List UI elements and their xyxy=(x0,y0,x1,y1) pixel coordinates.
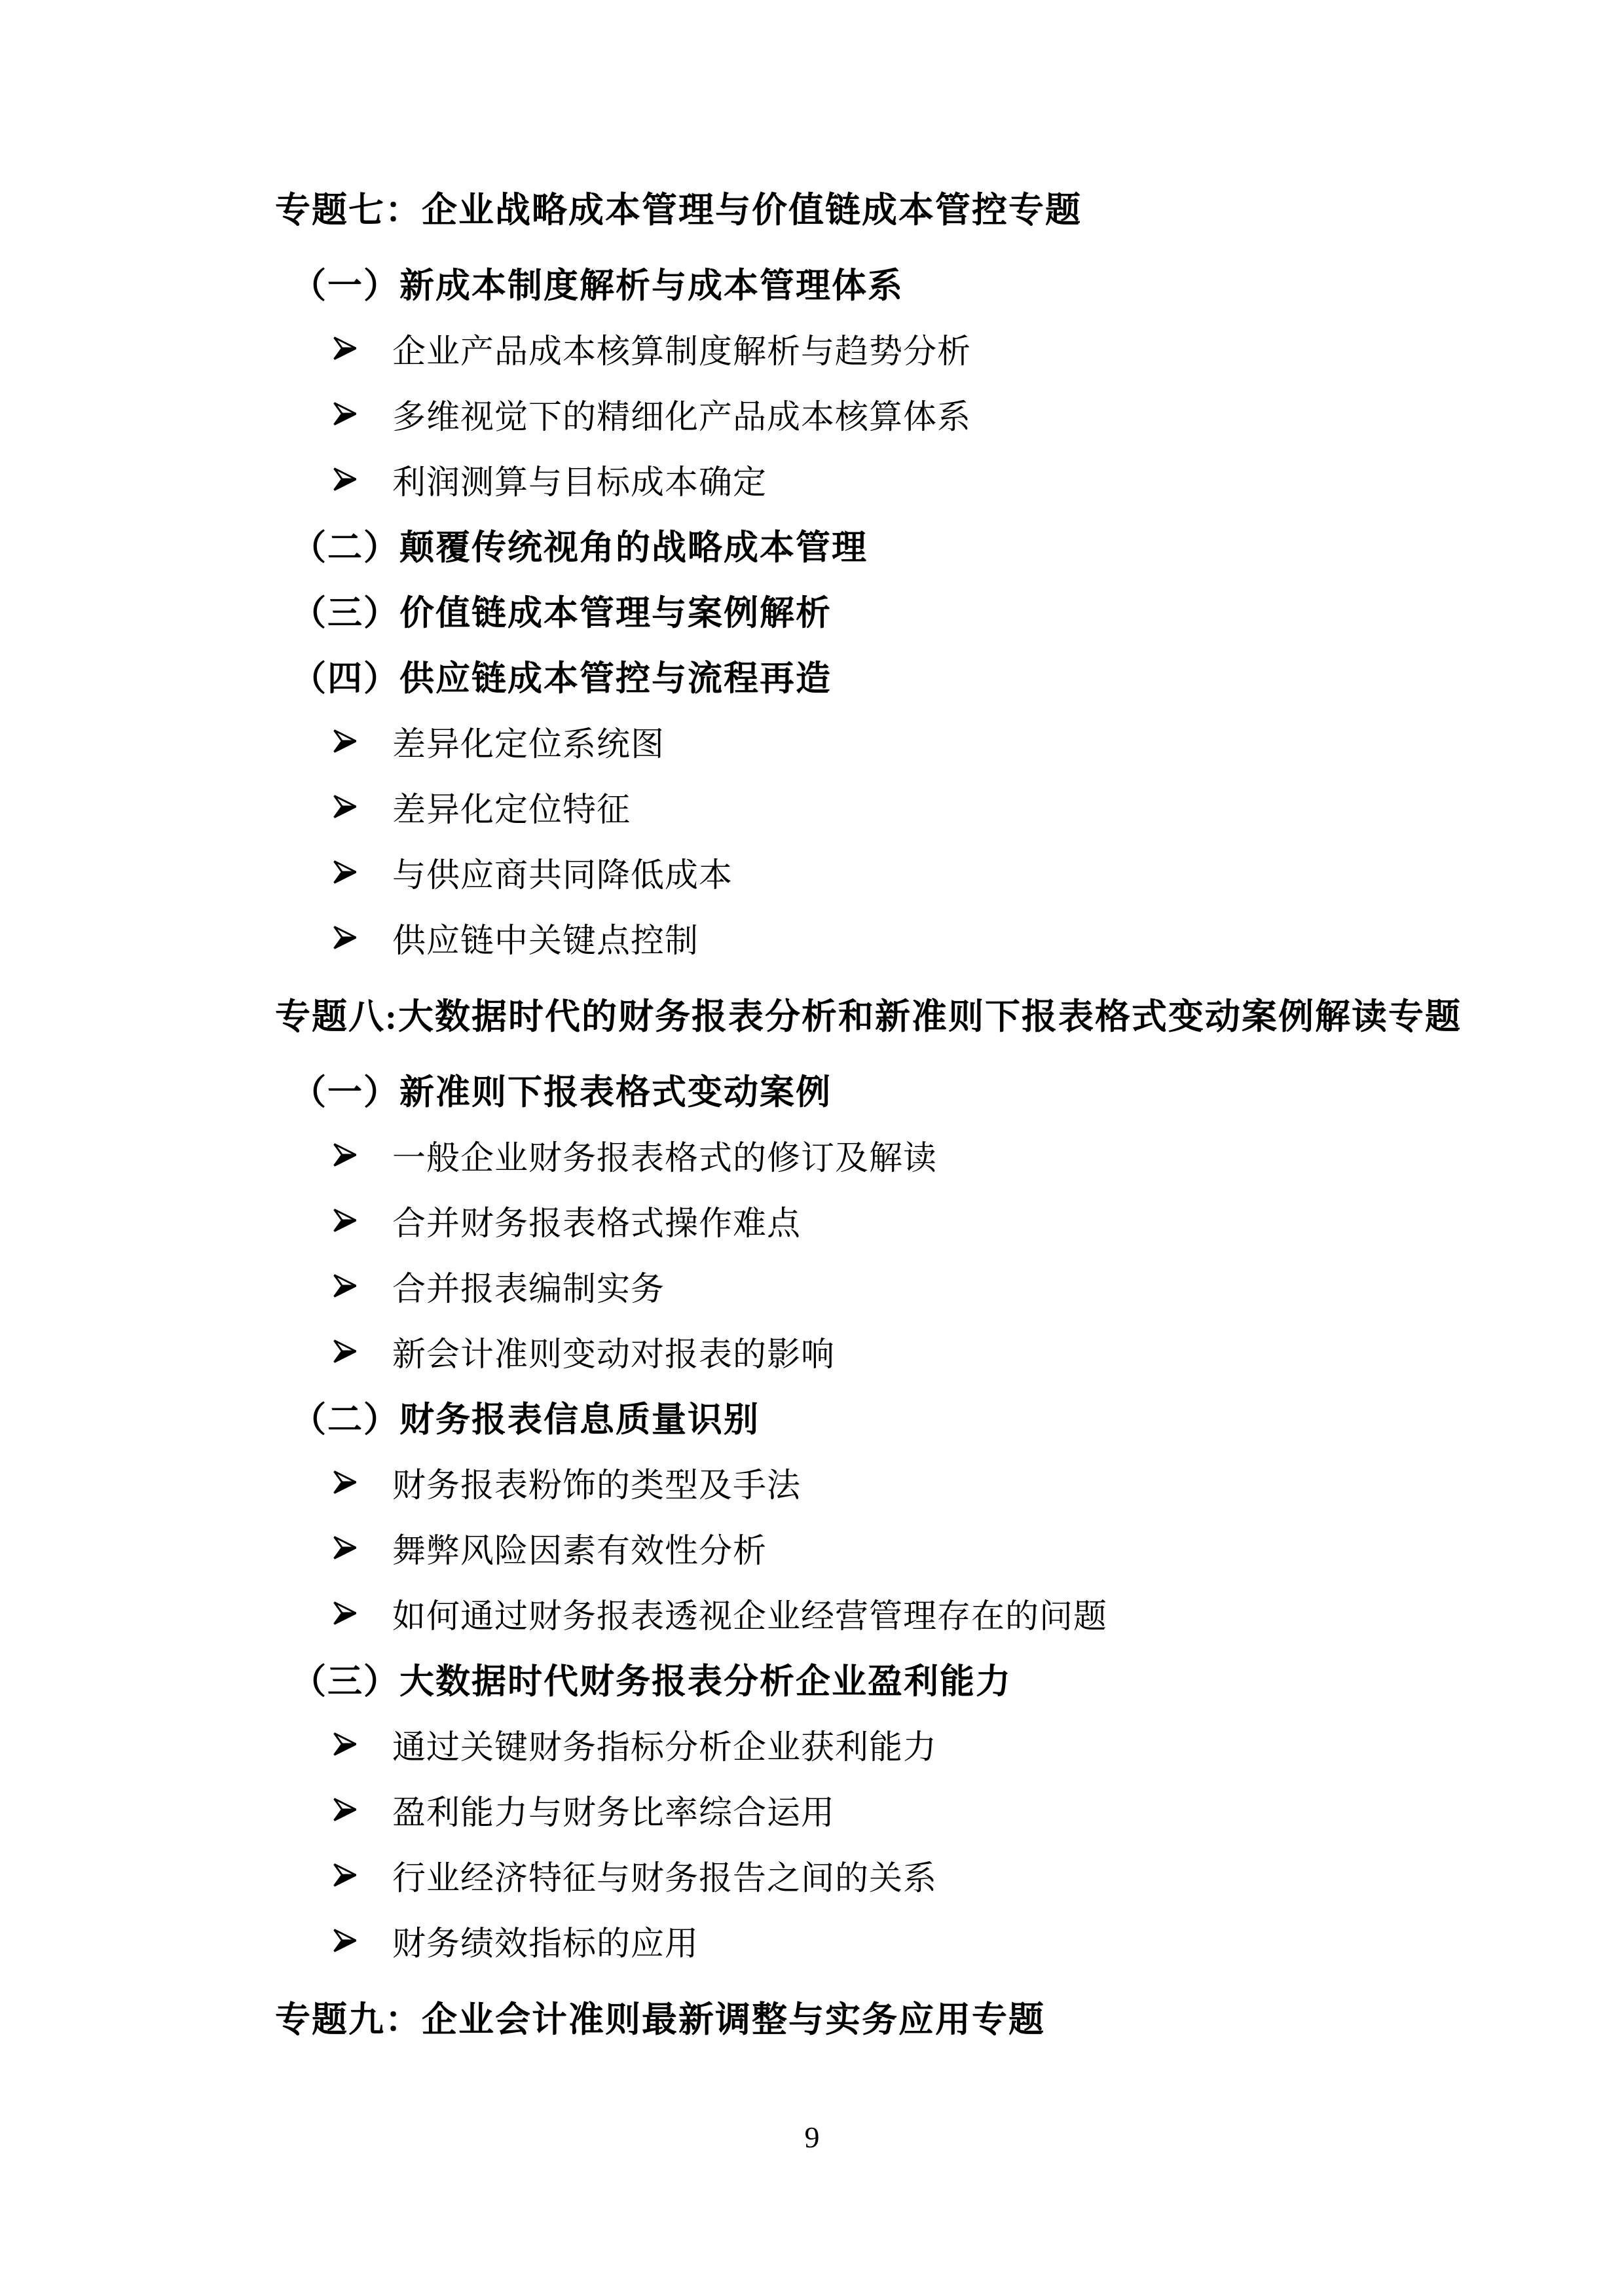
bullet-item: 多维视觉下的精细化产品成本核算体系 xyxy=(331,381,1624,446)
topic-title: 专题七：企业战略成本管理与价值链成本管控专题 xyxy=(275,174,1624,240)
bullet-item: 一般企业财务报表格式的修订及解读 xyxy=(331,1122,1624,1188)
bullet-text: 通过关键财务指标分析企业获利能力 xyxy=(392,1720,937,1768)
arrowhead-bullet-icon xyxy=(331,792,360,821)
arrowhead-bullet-icon xyxy=(331,727,360,756)
arrowhead-bullet-icon xyxy=(331,1140,360,1169)
arrowhead-bullet-icon xyxy=(331,334,360,363)
bullet-text: 盈利能力与财务比率综合运用 xyxy=(392,1785,835,1834)
arrowhead-bullet-icon xyxy=(331,399,360,428)
arrowhead-bullet-icon xyxy=(331,1468,360,1497)
bullet-item: 新会计准则变动对报表的影响 xyxy=(331,1319,1624,1384)
section-heading: （二）财务报表信息质量识别 xyxy=(291,1384,1624,1449)
arrowhead-bullet-icon xyxy=(331,858,360,886)
bullet-text: 合并财务报表格式操作难点 xyxy=(392,1196,801,1245)
arrowhead-bullet-icon xyxy=(331,1337,360,1366)
document-content: 专题七：企业战略成本管理与价值链成本管控专题（一）新成本制度解析与成本管理体系 … xyxy=(0,0,1624,2049)
bullet-item: 如何通过财务报表透视企业经营管理存在的问题 xyxy=(331,1580,1624,1646)
page-number: 9 xyxy=(0,2120,1624,2155)
arrowhead-bullet-icon xyxy=(331,1795,360,1824)
bullet-text: 行业经济特征与财务报告之间的关系 xyxy=(392,1851,937,1899)
bullet-text: 差异化定位特征 xyxy=(392,782,631,831)
bullet-item: 通过关键财务指标分析企业获利能力 xyxy=(331,1711,1624,1777)
section-heading: （四）供应链成本管控与流程再造 xyxy=(291,643,1624,708)
section-heading: （一）新准则下报表格式变动案例 xyxy=(291,1057,1624,1122)
arrowhead-bullet-icon xyxy=(331,1599,360,1628)
bullet-item: 差异化定位系统图 xyxy=(331,708,1624,774)
bullet-text: 多维视觉下的精细化产品成本核算体系 xyxy=(392,390,971,438)
bullet-text: 新会计准则变动对报表的影响 xyxy=(392,1327,835,1376)
bullet-item: 企业产品成本核算制度解析与趋势分析 xyxy=(331,316,1624,381)
bullet-item: 利润测算与目标成本确定 xyxy=(331,446,1624,512)
bullet-text: 财务绩效指标的应用 xyxy=(392,1916,699,1965)
bullet-text: 供应链中关键点控制 xyxy=(392,913,699,962)
bullet-text: 财务报表粉饰的类型及手法 xyxy=(392,1458,801,1506)
bullet-text: 与供应商共同降低成本 xyxy=(392,848,733,896)
document-page: 专题七：企业战略成本管理与价值链成本管控专题（一）新成本制度解析与成本管理体系 … xyxy=(0,0,1624,2296)
bullet-text: 差异化定位系统图 xyxy=(392,717,665,765)
bullet-text: 企业产品成本核算制度解析与趋势分析 xyxy=(392,324,971,373)
arrowhead-bullet-icon xyxy=(331,1730,360,1758)
bullet-item: 合并报表编制实务 xyxy=(331,1253,1624,1319)
bullet-item: 舞弊风险因素有效性分析 xyxy=(331,1515,1624,1580)
arrowhead-bullet-icon xyxy=(331,923,360,952)
bullet-text: 舞弊风险因素有效性分析 xyxy=(392,1523,767,1572)
topic-title: 专题九：企业会计准则最新调整与实务应用专题 xyxy=(275,1984,1624,2049)
bullet-item: 差异化定位特征 xyxy=(331,774,1624,839)
bullet-item: 盈利能力与财务比率综合运用 xyxy=(331,1777,1624,1842)
bullet-text: 如何通过财务报表透视企业经营管理存在的问题 xyxy=(392,1589,1107,1637)
section-heading: （一）新成本制度解析与成本管理体系 xyxy=(291,250,1624,316)
arrowhead-bullet-icon xyxy=(331,1926,360,1955)
bullet-text: 合并报表编制实务 xyxy=(392,1262,665,1310)
bullet-item: 与供应商共同降低成本 xyxy=(331,839,1624,905)
arrowhead-bullet-icon xyxy=(331,1861,360,1889)
bullet-item: 供应链中关键点控制 xyxy=(331,905,1624,970)
bullet-text: 一般企业财务报表格式的修订及解读 xyxy=(392,1131,937,1179)
bullet-item: 财务报表粉饰的类型及手法 xyxy=(331,1449,1624,1515)
bullet-text: 利润测算与目标成本确定 xyxy=(392,455,767,503)
arrowhead-bullet-icon xyxy=(331,1206,360,1235)
arrowhead-bullet-icon xyxy=(331,465,360,494)
section-heading: （三）价值链成本管理与案例解析 xyxy=(291,577,1624,643)
bullet-item: 财务绩效指标的应用 xyxy=(331,1908,1624,1973)
section-heading: （二）颠覆传统视角的战略成本管理 xyxy=(291,512,1624,577)
arrowhead-bullet-icon xyxy=(331,1533,360,1562)
arrowhead-bullet-icon xyxy=(331,1271,360,1300)
topic-title: 专题八:大数据时代的财务报表分析和新准则下报表格式变动案例解读专题 xyxy=(275,981,1624,1046)
section-heading: （三）大数据时代财务报表分析企业盈利能力 xyxy=(291,1646,1624,1711)
bullet-item: 合并财务报表格式操作难点 xyxy=(331,1188,1624,1253)
bullet-item: 行业经济特征与财务报告之间的关系 xyxy=(331,1842,1624,1908)
